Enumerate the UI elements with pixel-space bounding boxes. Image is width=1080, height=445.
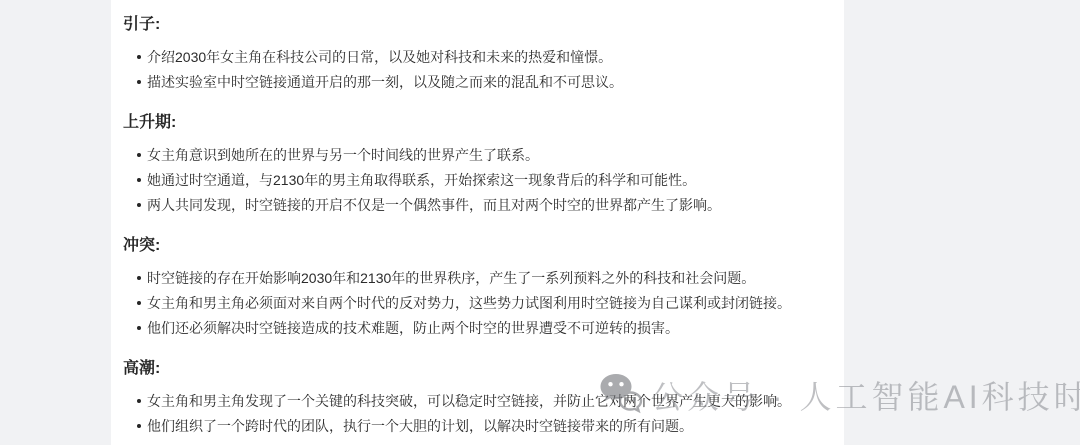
list-item-text: 描述实验室中时空链接通道开启的那一刻，以及随之而来的混乱和不可思议。 — [147, 74, 623, 90]
list-item-text: 他们组织了一个跨时代的团队，执行一个大胆的计划，以解决时空链接带来的所有问题。 — [147, 418, 693, 434]
section-list: 女主角和男主角发现了一个关键的科技突破，可以稳定时空链接，并防止它对两个世界产生… — [123, 389, 826, 439]
section-heading: 高潮: — [123, 357, 826, 381]
section-heading: 冲突: — [123, 234, 826, 258]
bullet-icon — [137, 276, 141, 280]
list-item-text: 她通过时空通道，与2130年的男主角取得联系，开始探索这一现象背后的科学和可能性… — [147, 172, 696, 188]
outline-section: 引子: 介绍2030年女主角在科技公司的日常，以及她对科技和未来的热爱和憧憬。 … — [123, 13, 826, 95]
list-item: 女主角和男主角发现了一个关键的科技突破，可以稳定时空链接，并防止它对两个世界产生… — [123, 389, 826, 414]
list-item: 她通过时空通道，与2130年的男主角取得联系，开始探索这一现象背后的科学和可能性… — [123, 168, 826, 193]
list-item: 他们还必须解决时空链接造成的技术难题，防止两个时空的世界遭受不可逆转的损害。 — [123, 316, 826, 341]
list-item: 他们组织了一个跨时代的团队，执行一个大胆的计划，以解决时空链接带来的所有问题。 — [123, 414, 826, 439]
content-panel: 引子: 介绍2030年女主角在科技公司的日常，以及她对科技和未来的热爱和憧憬。 … — [111, 0, 844, 445]
list-item: 女主角意识到她所在的世界与另一个时间线的世界产生了联系。 — [123, 143, 826, 168]
list-item-text: 两人共同发现，时空链接的开启不仅是一个偶然事件，而且对两个时空的世界都产生了影响… — [147, 197, 721, 213]
outline-sections: 引子: 介绍2030年女主角在科技公司的日常，以及她对科技和未来的热爱和憧憬。 … — [123, 13, 826, 439]
bullet-icon — [137, 326, 141, 330]
list-item-text: 女主角意识到她所在的世界与另一个时间线的世界产生了联系。 — [147, 147, 539, 163]
section-heading: 上升期: — [123, 111, 826, 135]
bullet-icon — [137, 153, 141, 157]
bullet-icon — [137, 178, 141, 182]
list-item: 女主角和男主角必须面对来自两个时代的反对势力，这些势力试图利用时空链接为自己谋利… — [123, 291, 826, 316]
list-item-text: 女主角和男主角必须面对来自两个时代的反对势力，这些势力试图利用时空链接为自己谋利… — [147, 295, 791, 311]
section-heading: 引子: — [123, 13, 826, 37]
section-list: 时空链接的存在开始影响2030年和2130年的世界秩序，产生了一系列预料之外的科… — [123, 266, 826, 341]
list-item-text: 时空链接的存在开始影响2030年和2130年的世界秩序，产生了一系列预料之外的科… — [147, 270, 755, 286]
bullet-icon — [137, 399, 141, 403]
list-item-text: 他们还必须解决时空链接造成的技术难题，防止两个时空的世界遭受不可逆转的损害。 — [147, 320, 679, 336]
list-item-text: 女主角和男主角发现了一个关键的科技突破，可以稳定时空链接，并防止它对两个世界产生… — [147, 393, 791, 409]
list-item-text: 介绍2030年女主角在科技公司的日常，以及她对科技和未来的热爱和憧憬。 — [147, 49, 612, 65]
bullet-icon — [137, 55, 141, 59]
list-item: 描述实验室中时空链接通道开启的那一刻，以及随之而来的混乱和不可思议。 — [123, 70, 826, 95]
section-list: 介绍2030年女主角在科技公司的日常，以及她对科技和未来的热爱和憧憬。 描述实验… — [123, 45, 826, 95]
outline-section: 上升期: 女主角意识到她所在的世界与另一个时间线的世界产生了联系。 她通过时空通… — [123, 111, 826, 218]
bullet-icon — [137, 203, 141, 207]
list-item: 两人共同发现，时空链接的开启不仅是一个偶然事件，而且对两个时空的世界都产生了影响… — [123, 193, 826, 218]
page-background: 引子: 介绍2030年女主角在科技公司的日常，以及她对科技和未来的热爱和憧憬。 … — [0, 0, 1080, 445]
outline-section: 高潮: 女主角和男主角发现了一个关键的科技突破，可以稳定时空链接，并防止它对两个… — [123, 357, 826, 439]
list-item: 介绍2030年女主角在科技公司的日常，以及她对科技和未来的热爱和憧憬。 — [123, 45, 826, 70]
section-list: 女主角意识到她所在的世界与另一个时间线的世界产生了联系。 她通过时空通道，与21… — [123, 143, 826, 218]
bullet-icon — [137, 301, 141, 305]
bullet-icon — [137, 424, 141, 428]
outline-section: 冲突: 时空链接的存在开始影响2030年和2130年的世界秩序，产生了一系列预料… — [123, 234, 826, 341]
list-item: 时空链接的存在开始影响2030年和2130年的世界秩序，产生了一系列预料之外的科… — [123, 266, 826, 291]
bullet-icon — [137, 80, 141, 84]
